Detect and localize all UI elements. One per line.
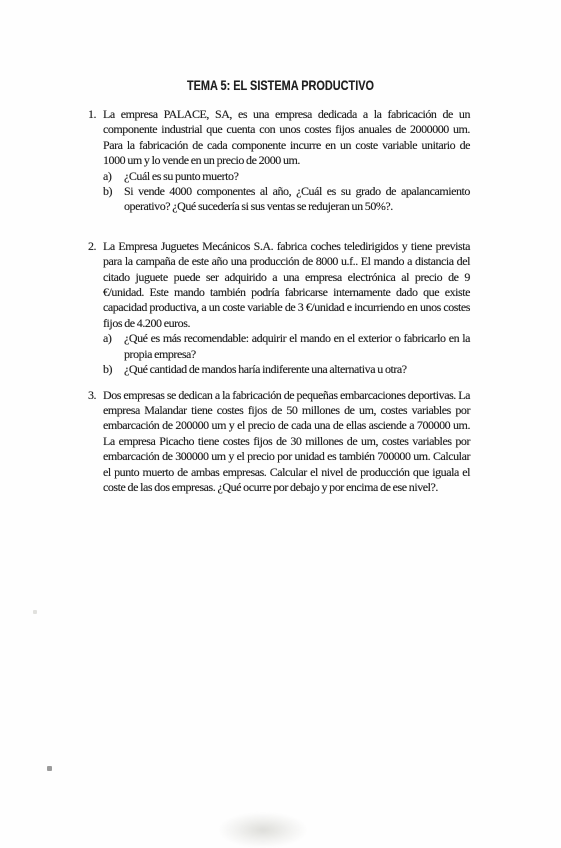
problem-item-1: 1. La empresa PALACE, SA, es una empresa… (88, 107, 470, 215)
sub-item-text: ¿Qué es más recomendable: adquirir el ma… (124, 331, 470, 362)
scan-speck (33, 610, 37, 614)
sub-item-b: b) ¿Qué cantidad de mandos haría indifer… (103, 362, 470, 377)
sub-item-b: b) Si vende 4000 componentes al año, ¿Cu… (103, 184, 470, 215)
sub-item-text: Si vende 4000 componentes al año, ¿Cuál … (124, 184, 470, 215)
sub-item-text: ¿Cuál es su punto muerto? (124, 169, 470, 184)
sub-item-label: b) (103, 184, 124, 215)
problem-body: La Empresa Juguetes Mecánicos S.A. fabri… (103, 239, 470, 331)
sub-item-a: a) ¿Qué es más recomendable: adquirir el… (103, 331, 470, 362)
problem-item-3: 3. Dos empresas se dedican a la fabricac… (88, 388, 470, 496)
document-page: TEMA 5: EL SISTEMA PRODUCTIVO 1. La empr… (0, 0, 561, 848)
scan-smudge (218, 812, 308, 848)
problem-list: 1. La empresa PALACE, SA, es una empresa… (88, 107, 470, 495)
problem-number: 3. (88, 388, 96, 403)
sub-item-list: a) ¿Qué es más recomendable: adquirir el… (103, 331, 470, 377)
problem-number: 1. (88, 107, 96, 122)
scan-speck (47, 766, 52, 771)
sub-item-list: a) ¿Cuál es su punto muerto? b) Si vende… (103, 169, 470, 215)
problem-body: Dos empresas se dedican a la fabricación… (103, 388, 470, 496)
problem-number: 2. (88, 239, 96, 254)
sub-item-label: a) (103, 169, 124, 184)
sub-item-text: ¿Qué cantidad de mandos haría indiferent… (124, 362, 470, 377)
sub-item-label: a) (103, 331, 124, 362)
problem-body: La empresa PALACE, SA, es una empresa de… (103, 107, 470, 169)
problem-item-2: 2. La Empresa Juguetes Mecánicos S.A. fa… (88, 239, 470, 378)
sub-item-a: a) ¿Cuál es su punto muerto? (103, 169, 470, 184)
document-title: TEMA 5: EL SISTEMA PRODUCTIVO (62, 77, 500, 93)
sub-item-label: b) (103, 362, 124, 377)
